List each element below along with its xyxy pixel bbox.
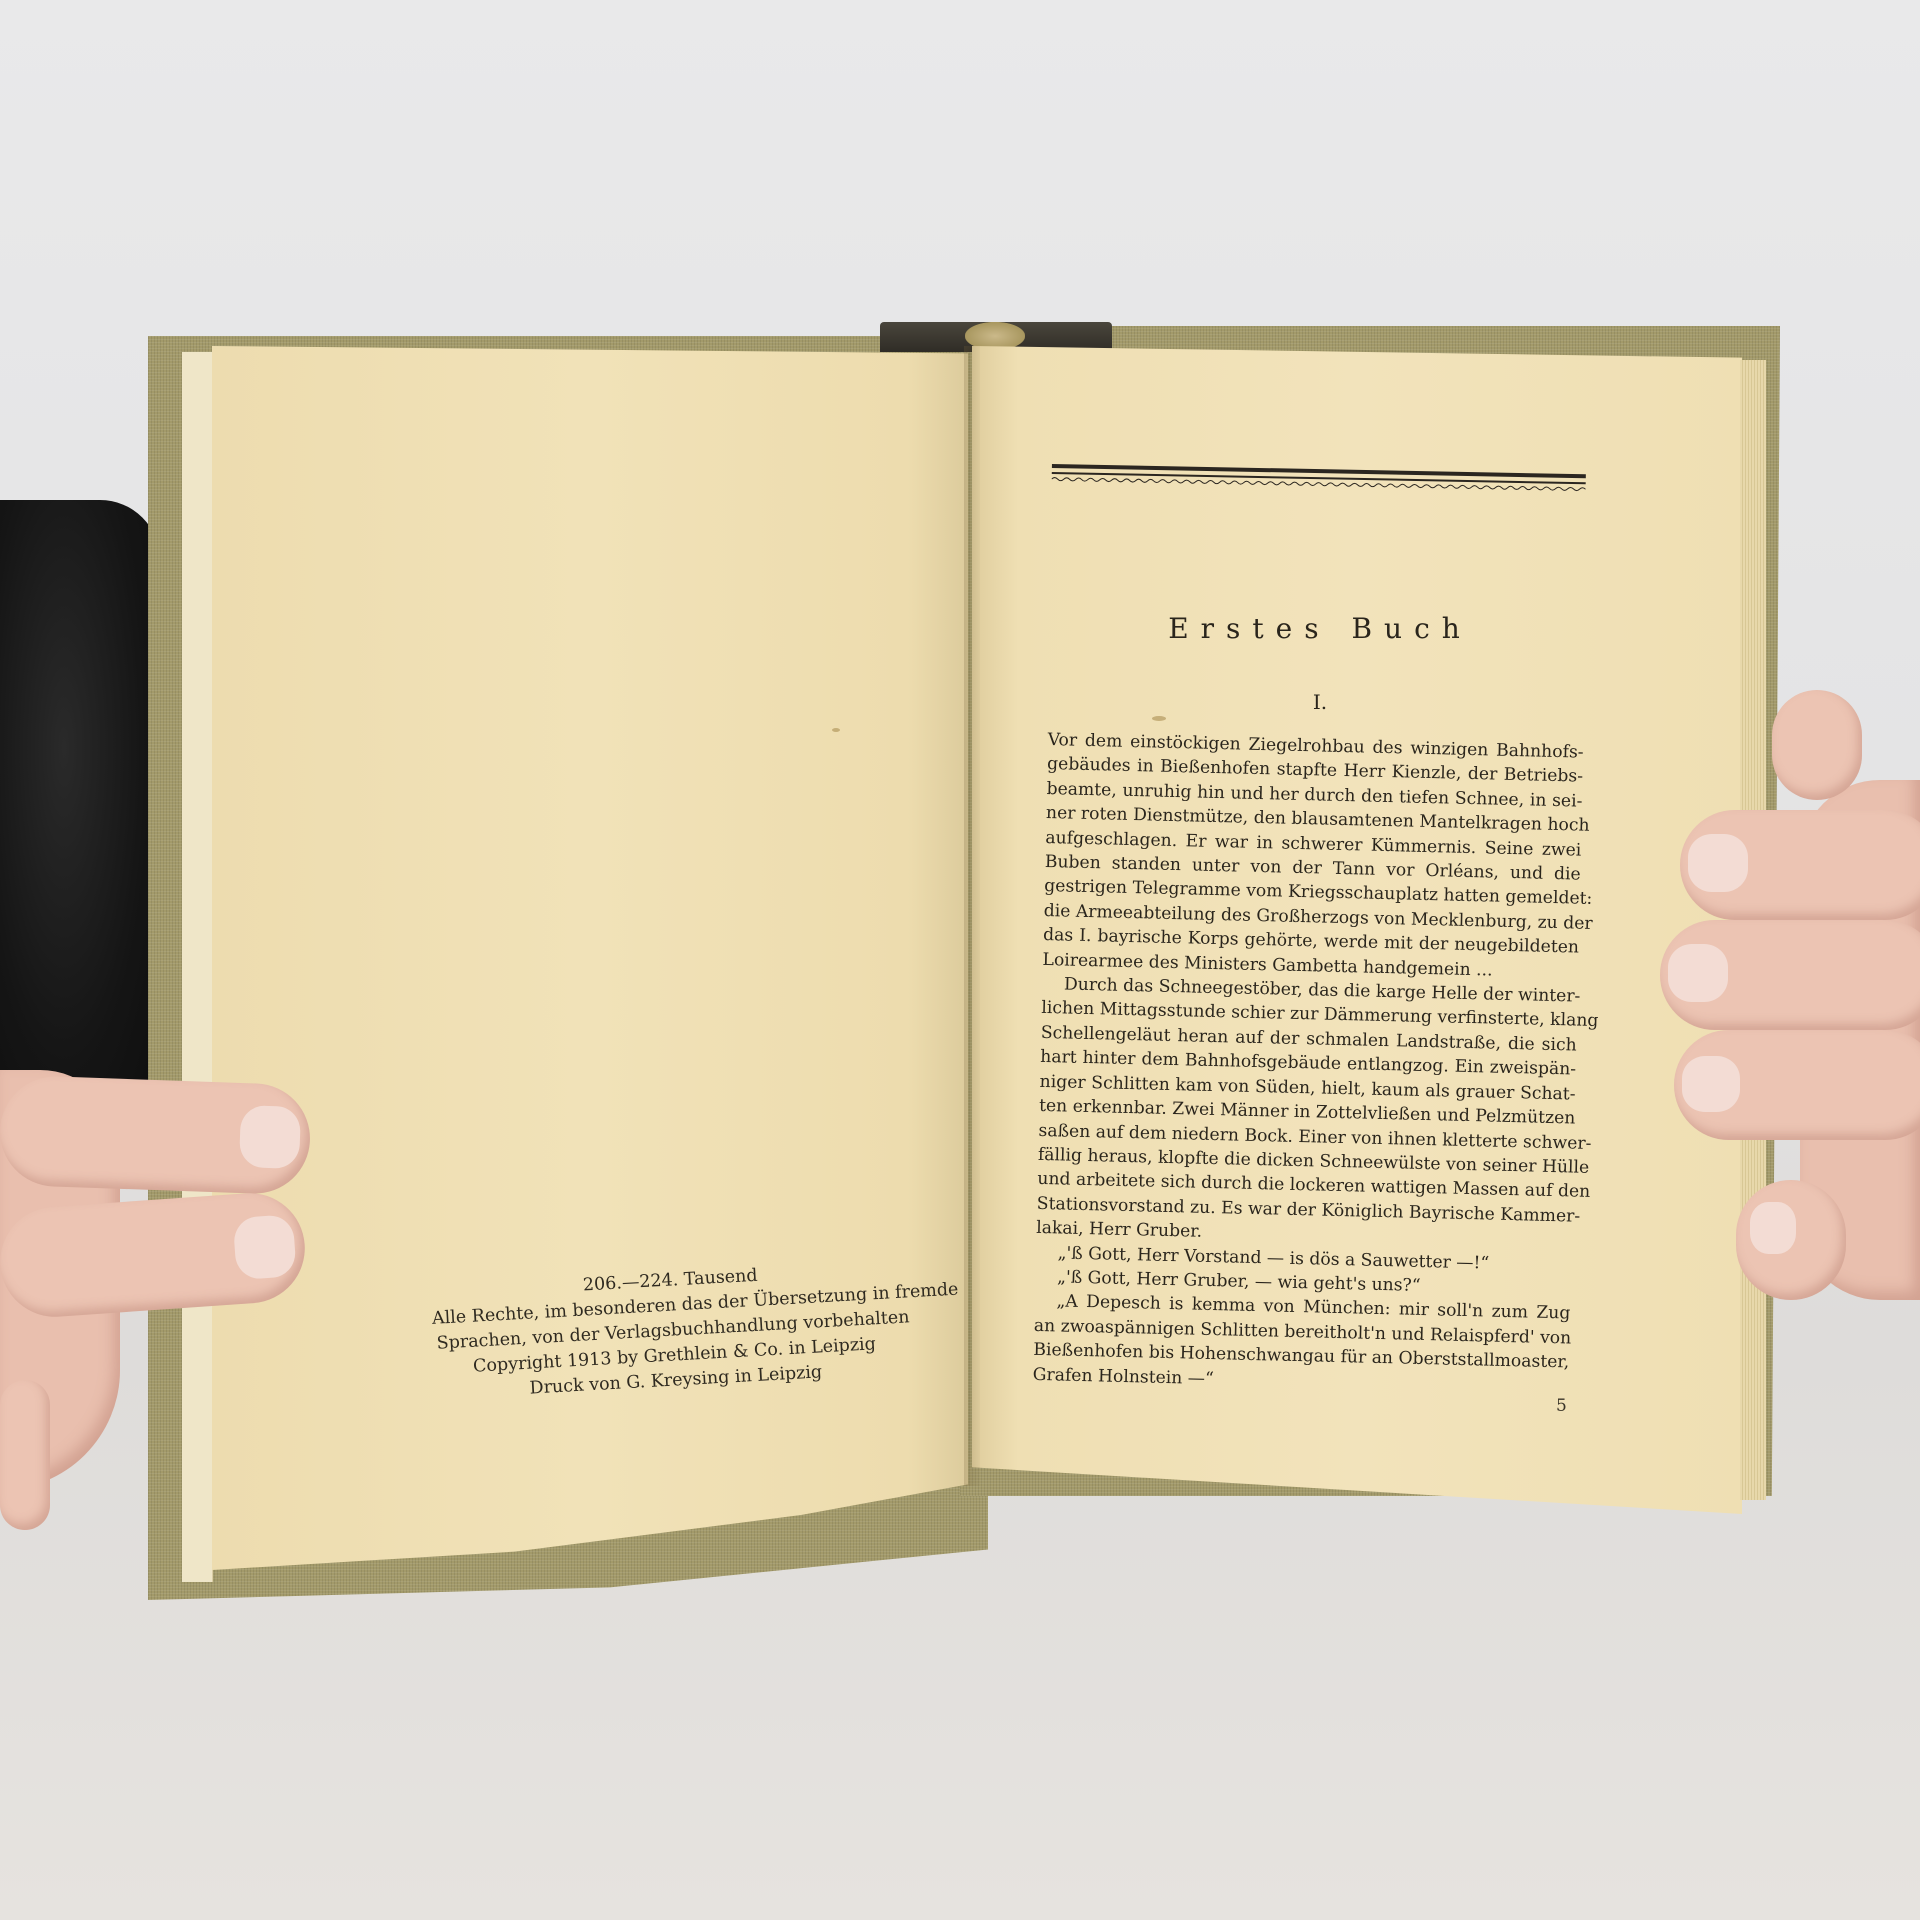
chapter-number: I. [1280, 690, 1360, 714]
right-finger-3 [1674, 1030, 1920, 1140]
right-finger-4 [1736, 1180, 1846, 1300]
paper-speck [832, 728, 840, 732]
book-gutter [964, 346, 980, 1486]
photo-scene: 206.—224. Tausend Alle Rechte, im besond… [0, 0, 1920, 1920]
flyleaf-edge [182, 352, 213, 1582]
body-text: Vor dem einstöckigen Ziegelrohbau des wi… [1032, 728, 1583, 1399]
book-heading: Erstes Buch [1120, 612, 1520, 645]
fingernail [1688, 834, 1748, 892]
page-number: 5 [1556, 1396, 1567, 1416]
dark-sleeve [0, 500, 160, 1120]
fingernail [1682, 1056, 1740, 1112]
fingernail [1750, 1202, 1796, 1254]
thumbnail [239, 1105, 301, 1169]
fingernail [1668, 944, 1728, 1002]
left-thumb [0, 1075, 312, 1196]
imprint-block: 206.—224. Tausend Alle Rechte, im besond… [430, 1255, 916, 1407]
paper-speck [1152, 716, 1166, 721]
left-finger [0, 1189, 308, 1320]
right-finger-2 [1660, 920, 1920, 1030]
right-finger-1 [1680, 810, 1920, 920]
left-finger-lower [0, 1380, 50, 1530]
right-thumb-tip [1772, 690, 1862, 800]
fingernail [233, 1214, 297, 1280]
